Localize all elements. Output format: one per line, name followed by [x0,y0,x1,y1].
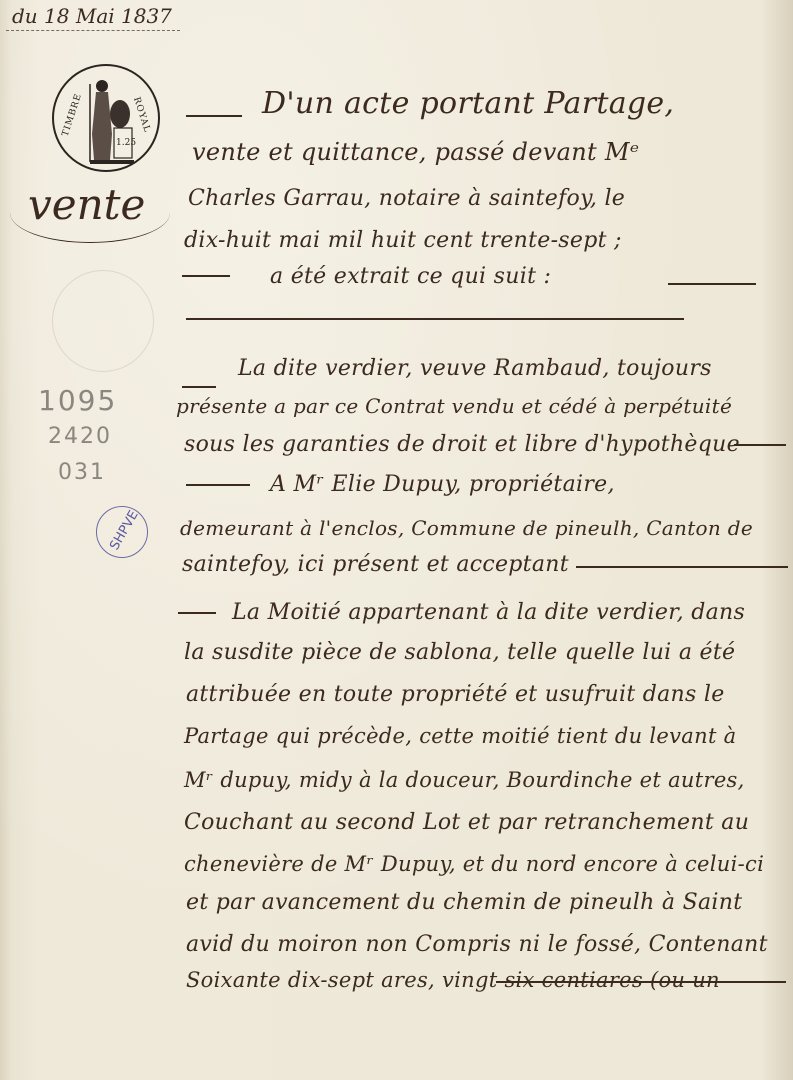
text-line-9: A Mʳ Elie Dupuy, propriétaire, [270,472,615,497]
text-line-20: avid du moiron non Compris ni le fossé, … [186,932,768,957]
text-line-12: La Moitié appartenant à la dite verdier,… [232,600,745,625]
text-line-14: attribuée en toute propriété et usufruit… [186,682,725,707]
text-line-7: présente a par ce Contrat vendu et cédé … [176,394,732,418]
text-line-18: chenevière de Mʳ Dupuy, et du nord encor… [184,852,764,876]
text-line-17: Couchant au second Lot et par retranchem… [184,810,749,835]
section-rule [186,318,684,320]
dash-rule [182,386,216,388]
dash-rule [186,115,242,117]
timbre-royal-stamp: TIMBRE ROYAL 1.25 [52,64,160,172]
text-line-11: saintefoy, ici présent et acceptant [182,552,569,577]
allegorical-figure-icon [80,74,136,166]
text-line-13: la susdite pièce de sablona, telle quell… [184,640,735,665]
faint-embossed-seal [52,270,154,372]
library-stamp: SHPVE [96,506,148,558]
dash-rule [734,444,786,446]
text-line-4: dix-huit mai mil huit cent trente-sept ; [184,228,622,253]
margin-flourish [10,212,170,243]
manuscript-page: du 18 Mai 1837 TIMBRE ROYAL 1.25 vente 1… [0,0,793,1080]
dash-rule [576,566,788,568]
text-line-1: D'un acte portant Partage, [262,86,674,121]
date-header-text: du 18 Mai 1837 [12,4,172,28]
text-line-21: Soixante dix-sept ares, vingt six centia… [186,968,720,992]
text-line-6: La dite verdier, veuve Rambaud, toujours [238,356,712,381]
text-line-10: demeurant à l'enclos, Commune de pineulh… [180,516,753,540]
library-stamp-text: SHPVE [107,508,141,553]
pencil-number-1: 1095 [38,384,117,417]
text-line-2: vente et quittance, passé devant Mᵉ [192,138,639,166]
stamp-value: 1.25 [116,138,136,148]
text-line-3: Charles Garrau, notaire à saintefoy, le [188,186,625,211]
text-line-16: Mʳ dupuy, midy à la douceur, Bourdinche … [184,768,745,792]
text-line-19: et par avancement du chemin de pineulh à… [186,890,742,915]
pencil-number-2: 2420 [48,424,112,449]
text-line-8: sous les garanties de droit et libre d'h… [184,432,740,457]
dash-rule [186,484,250,486]
text-line-5: a été extrait ce qui suit : [270,264,551,289]
text-line-15: Partage qui précède, cette moitié tient … [184,724,736,748]
dash-rule [178,612,216,614]
dash-rule [668,283,756,285]
pencil-number-3: 031 [58,460,106,485]
date-header: du 18 Mai 1837 [6,4,180,31]
dash-rule [182,275,230,277]
